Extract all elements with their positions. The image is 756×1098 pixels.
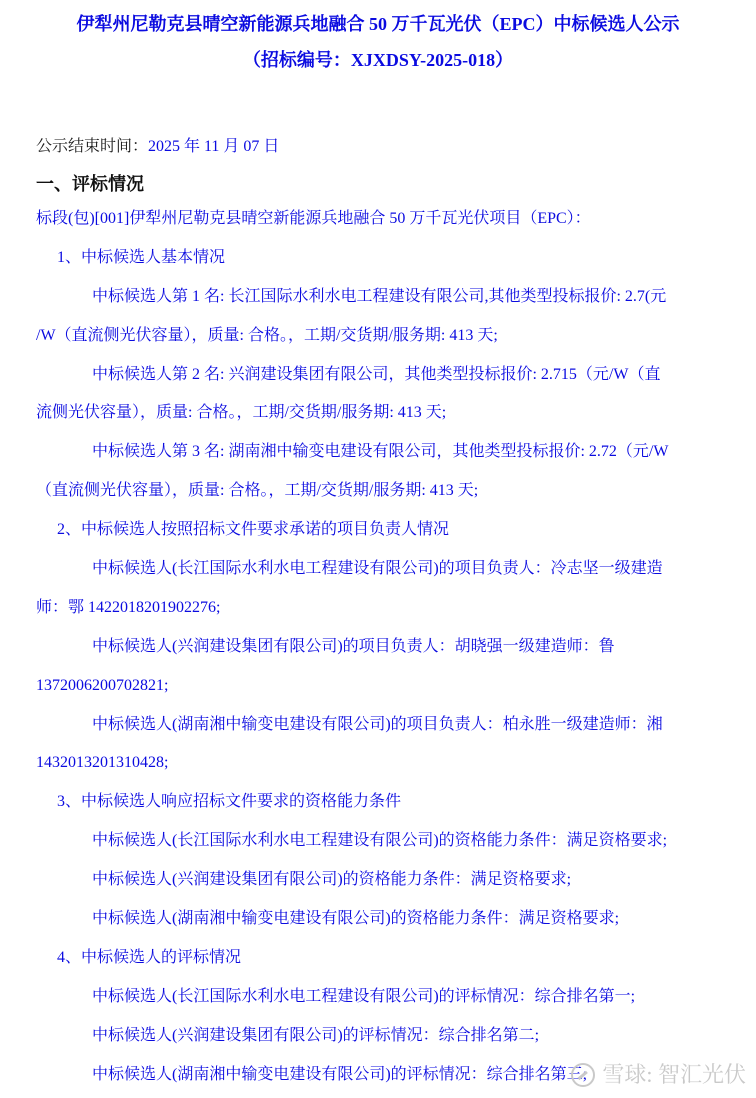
section-heading-evaluation: 一、评标情况 — [36, 172, 144, 196]
document-line: 中标候选人第 3 名: 湖南湘中输变电建设有限公司，其他类型投标报价: 2.72… — [36, 433, 734, 472]
document-line: 1432013201310428; — [36, 744, 734, 783]
document-line: 中标候选人(湖南湘中输变电建设有限公司)的项目负责人：柏永胜一级建造师：湘 — [36, 706, 734, 745]
document-body: 标段(包)[001]伊犁州尼勒克县晴空新能源兵地融合 50 万千瓦光伏项目（EP… — [36, 200, 734, 1094]
publicity-end-line: 公示结束时间：2025 年 11 月 07 日 — [36, 135, 279, 159]
document-line: 中标候选人(兴润建设集团有限公司)的项目负责人：胡晓强一级建造师：鲁 — [36, 628, 734, 667]
publicity-end-label: 公示结束时间： — [36, 138, 148, 155]
document-line: 1372006200702821; — [36, 667, 734, 706]
document-line: 中标候选人(兴润建设集团有限公司)的资格能力条件：满足资格要求; — [36, 861, 734, 900]
document-line: 中标候选人(长江国际水利水电工程建设有限公司)的项目负责人：冷志坚一级建造 — [36, 550, 734, 589]
document-line: 中标候选人第 2 名: 兴润建设集团有限公司，其他类型投标报价: 2.715（元… — [36, 356, 734, 395]
publicity-end-date: 2025 年 11 月 07 日 — [148, 138, 279, 155]
document-line: 中标候选人(湖南湘中输变电建设有限公司)的评标情况：综合排名第三; — [36, 1056, 734, 1095]
document-title: 伊犁州尼勒克县晴空新能源兵地融合 50 万千瓦光伏（EPC）中标候选人公示 — [0, 12, 756, 36]
document-line: 2、中标候选人按照招标文件要求承诺的项目负责人情况 — [36, 511, 734, 550]
document-line: 中标候选人(长江国际水利水电工程建设有限公司)的评标情况：综合排名第一; — [36, 978, 734, 1017]
document-line: 1、中标候选人基本情况 — [36, 239, 734, 278]
document-line: 3、中标候选人响应招标文件要求的资格能力条件 — [36, 783, 734, 822]
document-line: 中标候选人(湖南湘中输变电建设有限公司)的资格能力条件：满足资格要求; — [36, 900, 734, 939]
document-line: 中标候选人(兴润建设集团有限公司)的评标情况：综合排名第二; — [36, 1017, 734, 1056]
tender-number-subtitle: （招标编号：XJXDSY-2025-018） — [0, 48, 756, 72]
document-line: 中标候选人第 1 名: 长江国际水利水电工程建设有限公司,其他类型投标报价: 2… — [36, 278, 734, 317]
document-line: 4、中标候选人的评标情况 — [36, 939, 734, 978]
document-line: （直流侧光伏容量），质量: 合格。，工期/交货期/服务期: 413 天; — [36, 472, 734, 511]
document-line: /W（直流侧光伏容量），质量: 合格。，工期/交货期/服务期: 413 天; — [36, 317, 734, 356]
document-line: 师：鄂 1422018201902276; — [36, 589, 734, 628]
document-line: 标段(包)[001]伊犁州尼勒克县晴空新能源兵地融合 50 万千瓦光伏项目（EP… — [36, 200, 734, 239]
document-line: 中标候选人(长江国际水利水电工程建设有限公司)的资格能力条件：满足资格要求; — [36, 822, 734, 861]
announcement-document: 伊犁州尼勒克县晴空新能源兵地融合 50 万千瓦光伏（EPC）中标候选人公示 （招… — [0, 0, 756, 1098]
document-line: 流侧光伏容量），质量: 合格。，工期/交货期/服务期: 413 天; — [36, 394, 734, 433]
